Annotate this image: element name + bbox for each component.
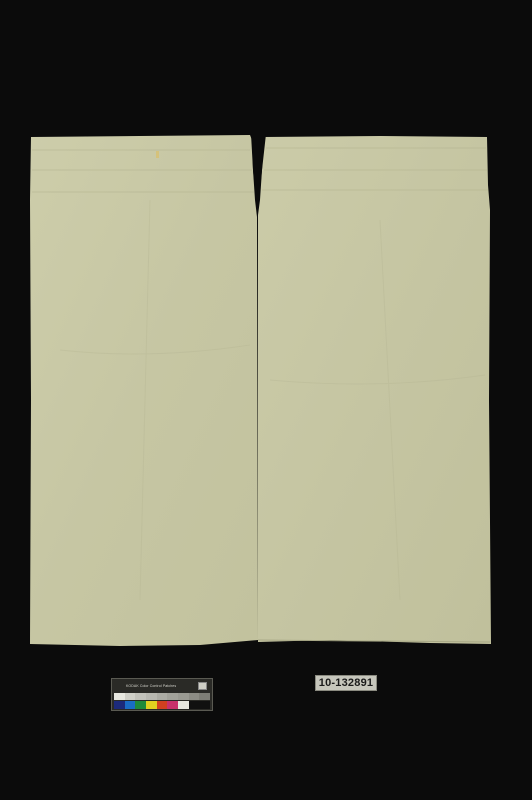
stain [156, 151, 159, 158]
left-panel [30, 135, 258, 646]
textile-panels [0, 0, 532, 800]
photo-scene: KODAK Color Control Patches 10-132891 [0, 0, 532, 800]
kodak-logo-icon [198, 682, 207, 690]
right-panel [258, 136, 491, 644]
color-control-patch: KODAK Color Control Patches [111, 678, 213, 711]
color-swatch-strip [114, 701, 210, 709]
color-patch-title: KODAK Color Control Patches [126, 684, 176, 688]
gray-scale-strip [114, 693, 210, 700]
object-id-label: 10-132891 [315, 675, 377, 691]
